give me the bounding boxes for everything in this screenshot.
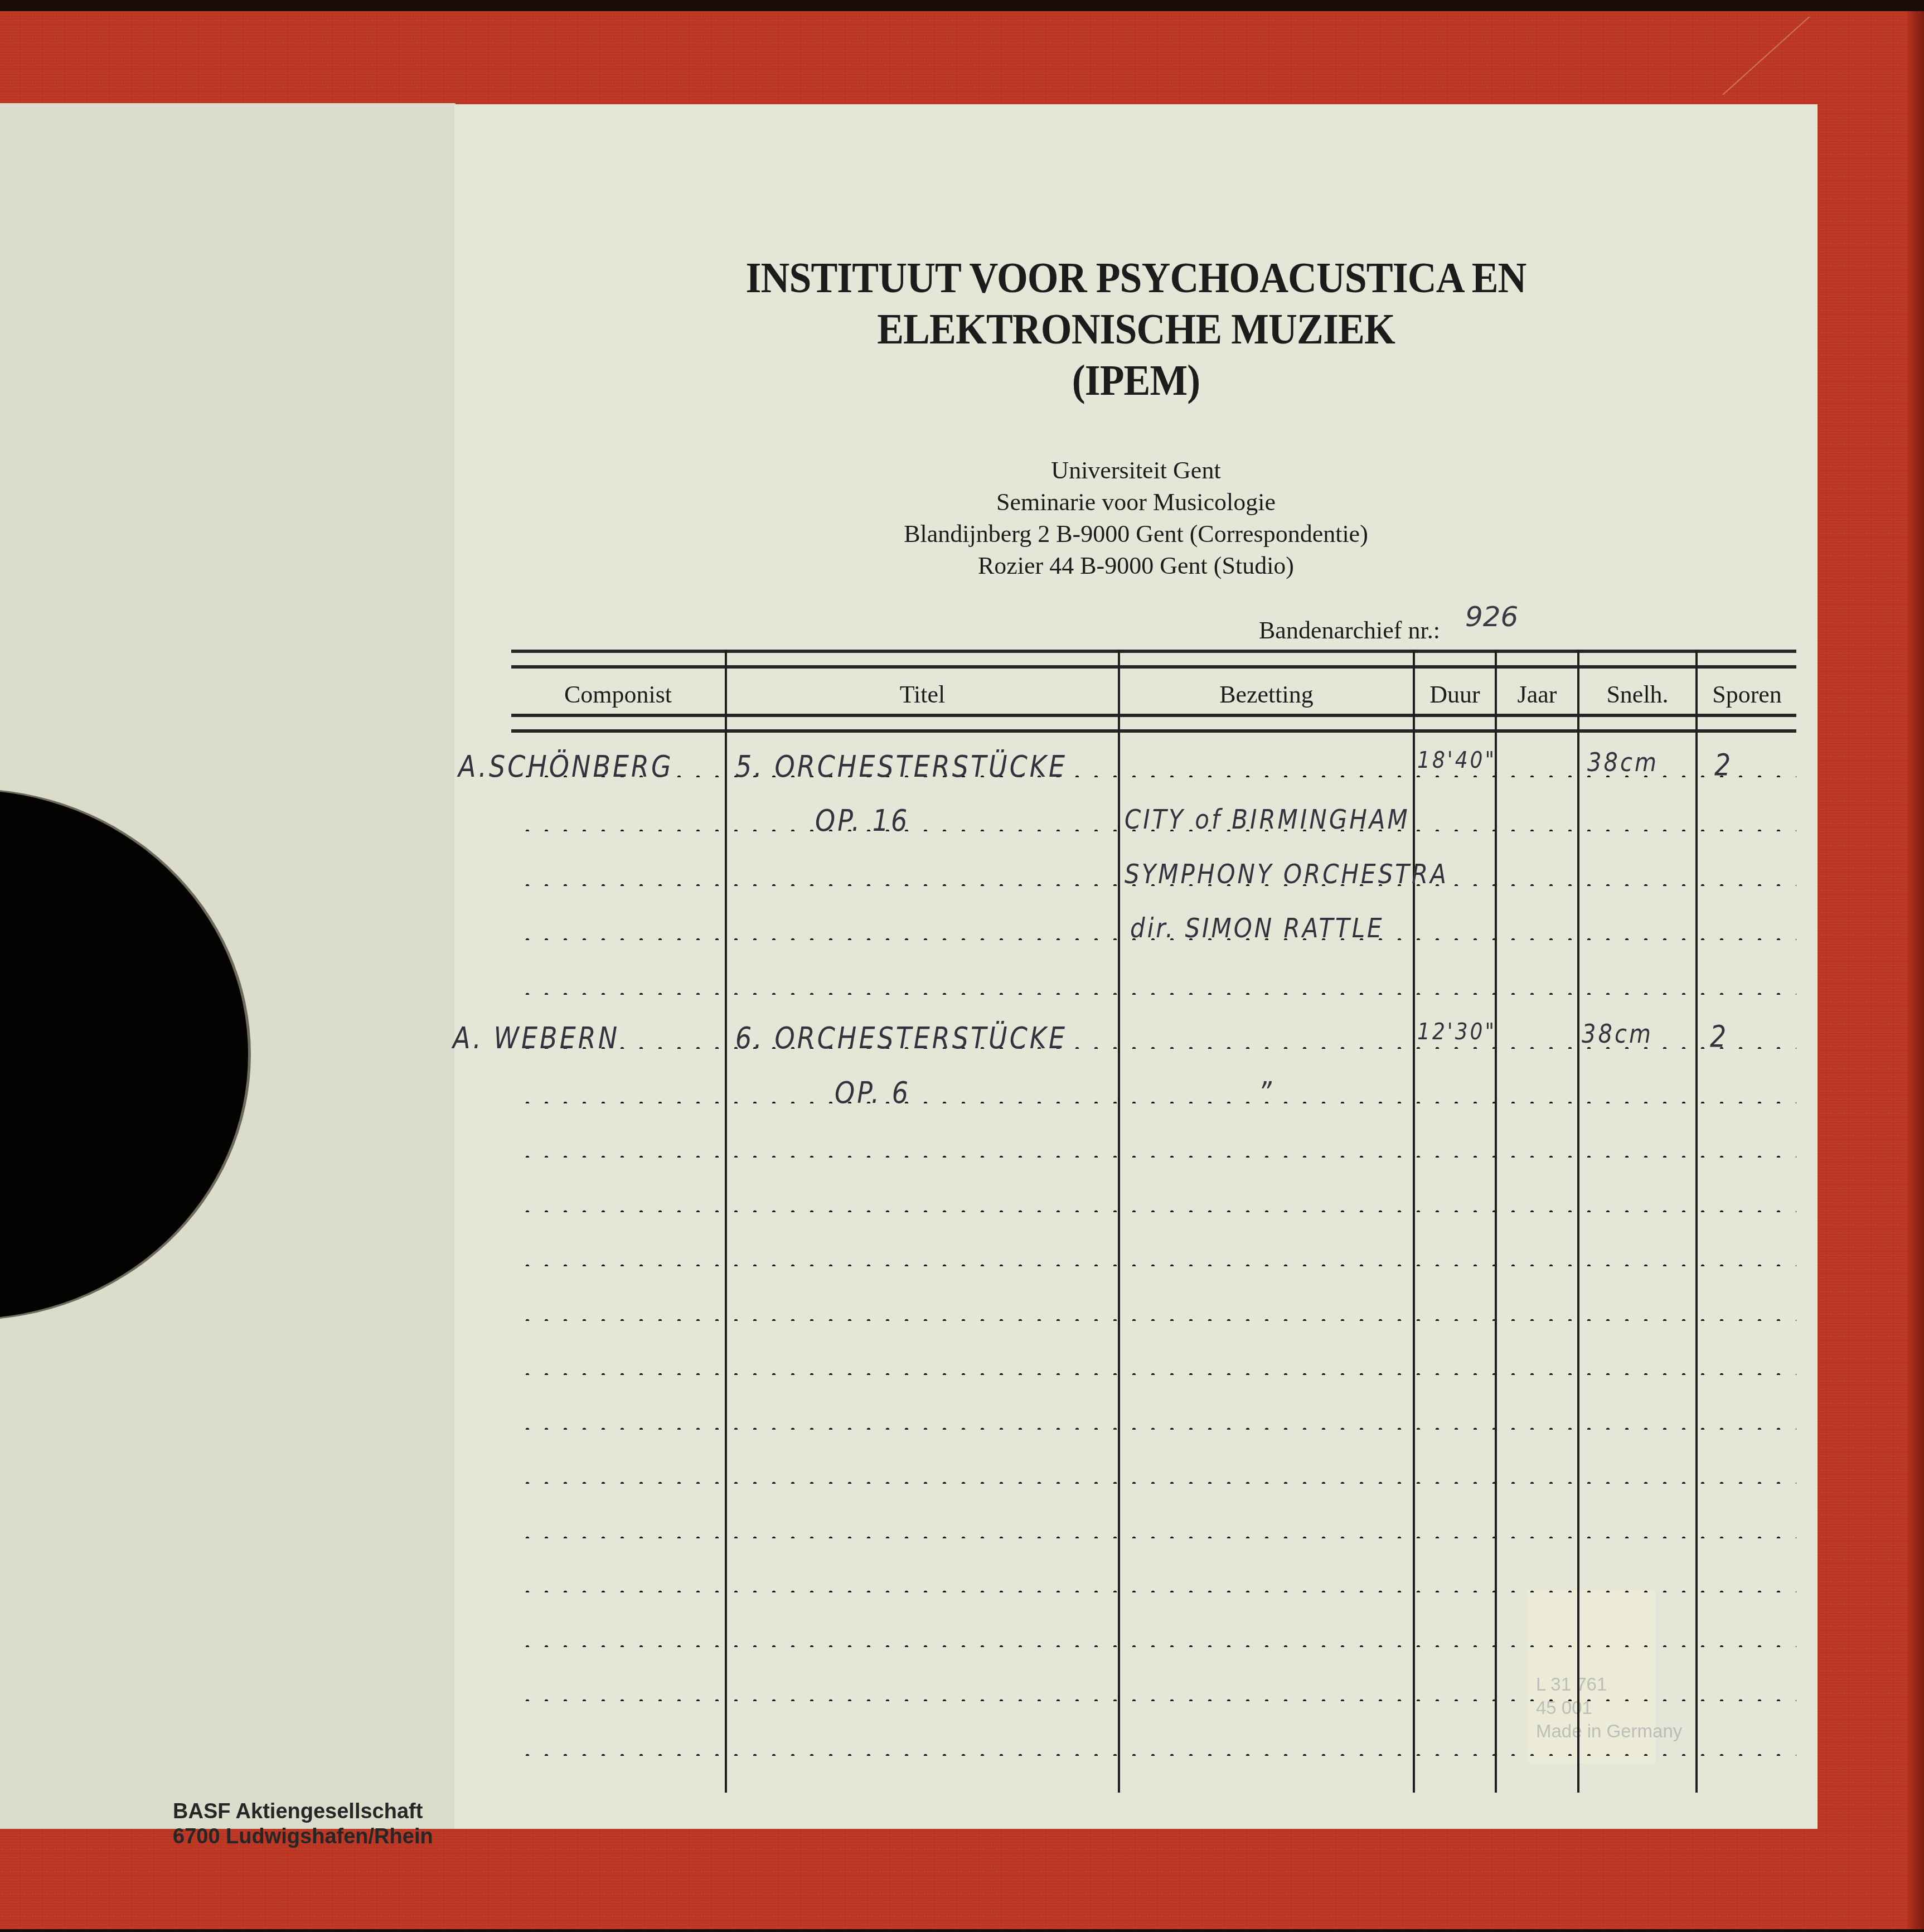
- table-row: [511, 1210, 1796, 1212]
- header-bezetting: Bezetting: [1120, 669, 1413, 719]
- cell-componist: A. WEBERN: [453, 1021, 619, 1055]
- address-line: Rozier 44 B-9000 Gent (Studio): [454, 550, 1818, 582]
- header-sporen: Sporen: [1698, 669, 1796, 719]
- table-row: [511, 1699, 1796, 1701]
- cell-duur: 18'40": [1417, 747, 1496, 773]
- cell-bezetting: CITY of BIRMINGHAM: [1125, 803, 1410, 835]
- cell-componist: A.SCHÖNBERG: [458, 749, 673, 784]
- column-divider: [1577, 650, 1579, 1793]
- header-snelh: Snelh.: [1579, 669, 1695, 719]
- box-spine-edge: [1907, 11, 1924, 1929]
- manufacturer-address: 6700 Ludwigshafen/Rhein: [173, 1824, 433, 1849]
- header-componist: Componist: [511, 669, 725, 719]
- cell-titel: OP. 16: [815, 803, 909, 838]
- table-row: [511, 1427, 1796, 1430]
- institute-heading: INSTITUUT VOOR PSYCHOACUSTICA EN ELEKTRO…: [509, 252, 1763, 406]
- address-line: Blandijnberg 2 B-9000 Gent (Corresponden…: [454, 518, 1818, 550]
- address-line: Universiteit Gent: [454, 454, 1818, 486]
- column-divider: [1695, 650, 1698, 1793]
- cell-titel: OP. 6: [835, 1076, 910, 1110]
- cell-sporen: 2: [1710, 1019, 1728, 1054]
- header-jaar: Jaar: [1497, 669, 1577, 719]
- table-row: [511, 1590, 1796, 1592]
- table-row: [511, 992, 1796, 995]
- archive-number-field: Bandenarchief nr.: 926: [1259, 613, 1518, 645]
- column-divider: [1413, 650, 1415, 1793]
- table-row: [511, 1319, 1796, 1321]
- header-titel: Titel: [727, 669, 1118, 719]
- manufacturer-imprint: BASF Aktiengesellschaft 6700 Ludwigshafe…: [173, 1799, 433, 1849]
- cell-duur: 12'30": [1417, 1019, 1496, 1045]
- product-stamp: L 31 761 45 001 Made in Germany: [1536, 1673, 1682, 1743]
- stamp-origin: Made in Germany: [1536, 1720, 1682, 1743]
- institute-address: Universiteit Gent Seminarie voor Musicol…: [454, 454, 1818, 582]
- table-row: [511, 1101, 1796, 1103]
- table-row: [511, 1373, 1796, 1375]
- column-divider: [1118, 650, 1120, 1793]
- table-row: [511, 1155, 1796, 1158]
- table-row: [511, 1264, 1796, 1266]
- institute-line-3: (IPEM): [509, 355, 1763, 406]
- institute-line-1: INSTITUUT VOOR PSYCHOACUSTICA EN: [509, 252, 1763, 303]
- institute-line-2: ELEKTRONISCHE MUZIEK: [509, 303, 1763, 355]
- table-row: [511, 1481, 1796, 1484]
- archive-label: Bandenarchief nr.:: [1259, 616, 1440, 645]
- table-row: [511, 1645, 1796, 1647]
- cell-titel: 5. ORCHESTERSTÜCKE: [735, 749, 1067, 784]
- cell-snelh: 38cm: [1587, 748, 1659, 778]
- table-row: [511, 1754, 1796, 1756]
- manufacturer-name: BASF Aktiengesellschaft: [173, 1799, 433, 1824]
- archive-card: INSTITUUT VOOR PSYCHOACUSTICA EN ELEKTRO…: [454, 104, 1818, 1829]
- header-top-rule: [511, 650, 1796, 669]
- cell-snelh: 38cm: [1582, 1020, 1653, 1049]
- stamp-code: L 31 761: [1536, 1673, 1682, 1696]
- header-duur: Duur: [1415, 669, 1495, 719]
- left-sleeve-flap: BASF Aktiengesellschaft 6700 Ludwigshafe…: [0, 103, 455, 1829]
- cell-sporen: 2: [1714, 748, 1733, 782]
- finger-notch-cutout: [0, 790, 248, 1319]
- column-divider: [725, 650, 727, 1793]
- address-line: Seminarie voor Musicologie: [454, 486, 1818, 518]
- table-row: [511, 1536, 1796, 1538]
- cell-bezetting-ditto: ”: [1258, 1076, 1274, 1110]
- cell-bezetting: SYMPHONY ORCHESTRA: [1125, 858, 1448, 889]
- column-divider: [1495, 650, 1497, 1793]
- cell-titel: 6. ORCHESTERSTÜCKE: [735, 1021, 1067, 1055]
- corner-fold: [1722, 17, 1899, 95]
- cell-bezetting: dir. SIMON RATTLE: [1130, 912, 1384, 943]
- archive-number-value: 926: [1465, 601, 1518, 633]
